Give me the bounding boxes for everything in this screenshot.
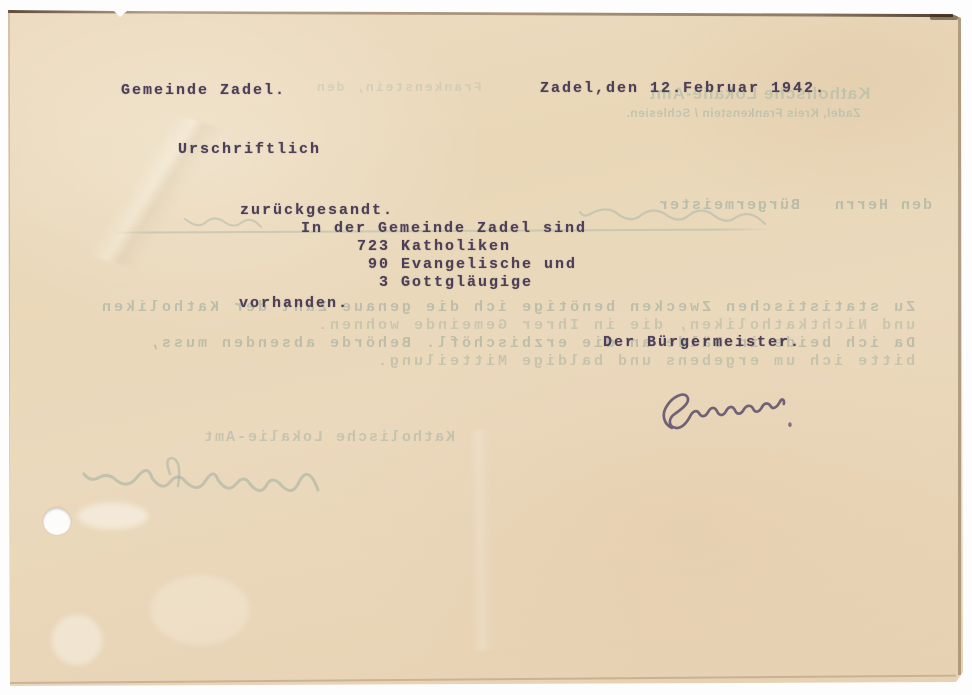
reference-line: Urschriftlich	[178, 141, 321, 158]
stat-line-gottglaeubige: 3 Gottgläugige	[357, 274, 533, 291]
paper-crease	[0, 61, 346, 319]
paper-sheet: Frankenstein, den Katholische Lokalie-Am…	[0, 0, 972, 695]
bleedthrough-paragraph-line: Zu statistischen Zwecken benötige ich di…	[99, 299, 915, 316]
paper-smudge	[150, 575, 250, 645]
paper-smudge	[52, 615, 102, 665]
signature-handwriting	[654, 377, 799, 439]
paper-corner-shadow	[930, 13, 958, 20]
bleedthrough-letterhead-line2: Zadel, Kreis Frankenstein / Schlesien.	[626, 106, 860, 120]
paper-bottom-edge	[10, 675, 956, 684]
bleedthrough-office-line: Katholische Lokalie-Amt	[202, 429, 455, 446]
closing-line: Der Bürgermeister.	[603, 334, 801, 351]
bleedthrough-paragraph-line: und Nichtkatholiken, die in Ihrer Gemein…	[315, 317, 915, 334]
bleedthrough-date-fragment: Frankenstein, den	[315, 80, 482, 95]
punch-hole	[43, 507, 71, 535]
scan-background: Frankenstein, den Katholische Lokalie-Am…	[0, 0, 972, 695]
paper-crease	[319, 415, 640, 665]
body-line-returned: zurückgesandt.	[240, 202, 394, 219]
paper-left-edge	[8, 10, 10, 686]
body-line-intro: In der Gemeinde Zadel sind	[301, 220, 587, 237]
dateline: Zadel,den 12.Februar 1942.	[540, 80, 826, 97]
stat-line-evangelische: 90 Evangelische und	[357, 256, 577, 273]
bleedthrough-signature	[78, 450, 328, 508]
stat-line-katholiken: 723 Katholiken	[357, 238, 511, 255]
sender-line: Gemeinde Zadel.	[121, 82, 286, 99]
body-line-vorhanden: vorhanden.	[239, 295, 349, 312]
paper-right-edge	[958, 15, 961, 675]
bleedthrough-handwriting-scribble	[575, 202, 770, 232]
paper-top-edge	[8, 10, 953, 17]
bleedthrough-paragraph-line: bitte ich um ergebens und baldige Mittei…	[375, 353, 915, 370]
